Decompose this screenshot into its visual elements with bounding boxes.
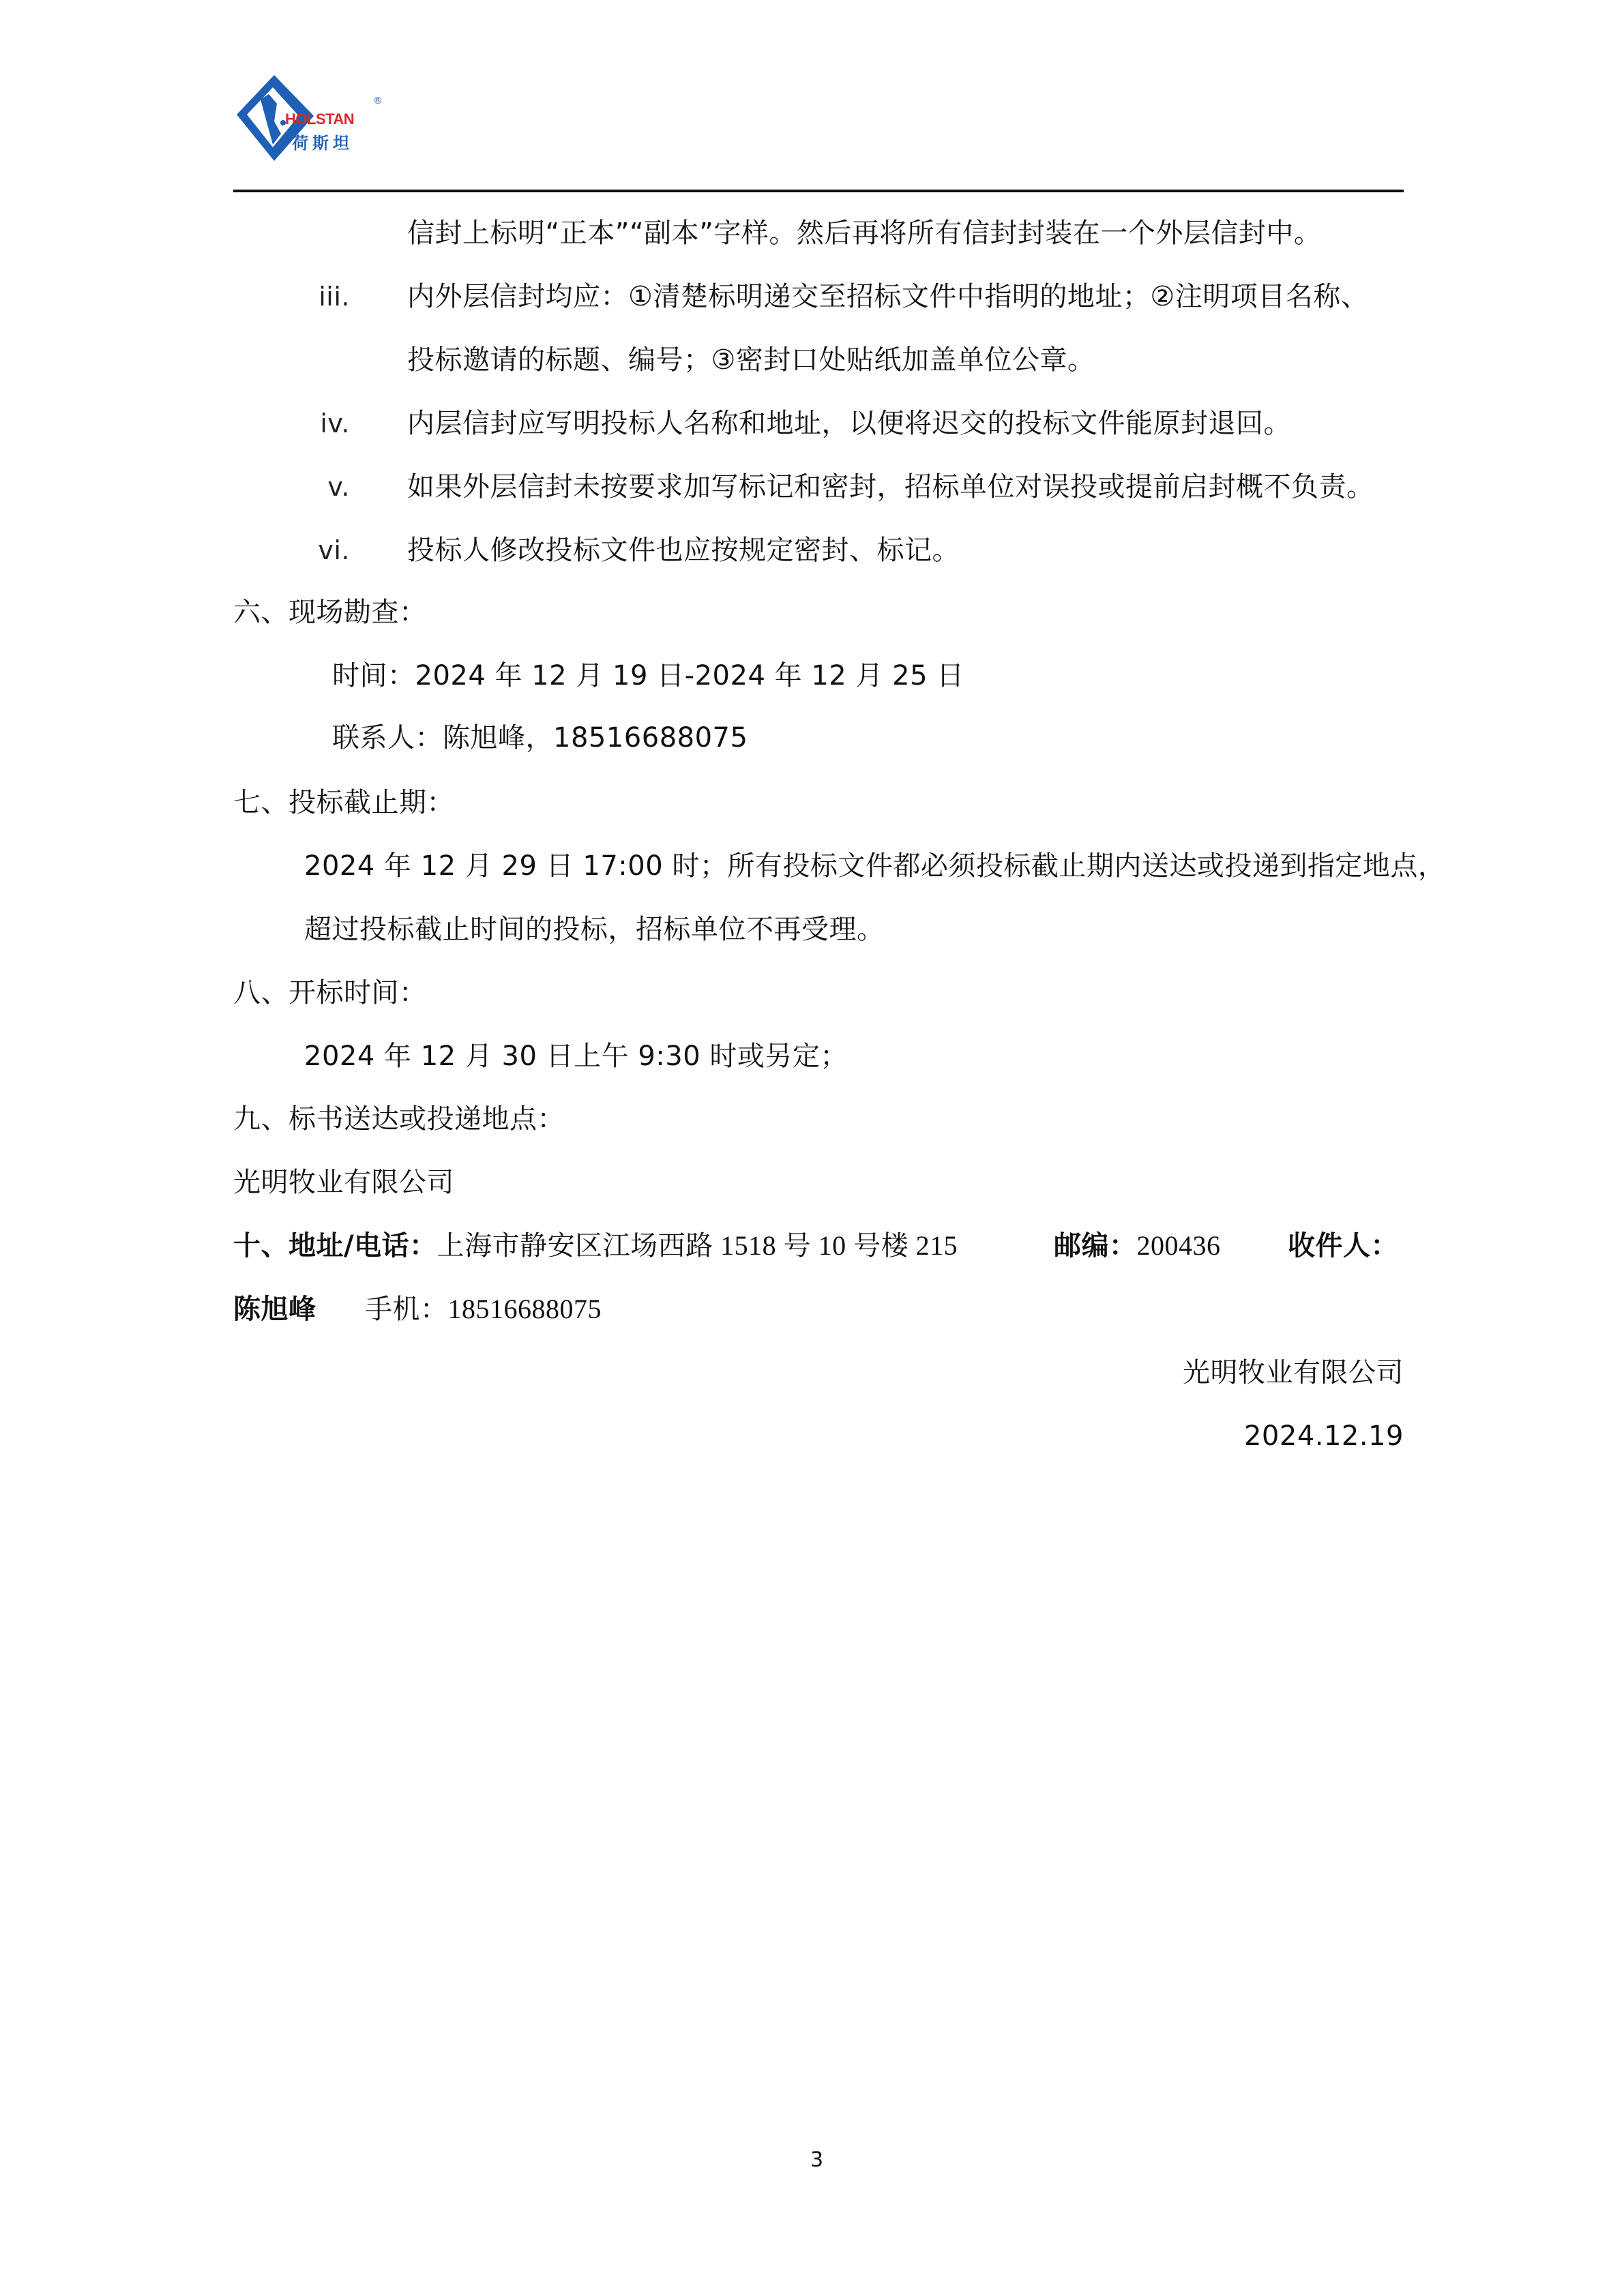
page-number: 3 xyxy=(810,2148,823,2172)
postcode: 邮编：200436 xyxy=(1054,1227,1221,1265)
list-item-iii-line1: 内外层信封均应：①清楚标明递交至招标文件中指明的地址；②注明项目名称、 xyxy=(407,278,1368,316)
logo-brand-en: HOLSTAN xyxy=(285,110,354,128)
site-visit-contact: 联系人：陈旭峰，18516688075 xyxy=(332,719,748,757)
mobile-label: 手机： xyxy=(365,1294,448,1325)
mobile-value: 18516688075 xyxy=(448,1294,602,1324)
site-visit-time: 时间：2024 年 12 月 19 日-2024 年 12 月 25 日 xyxy=(332,657,964,695)
recipient-label: 收件人： xyxy=(1288,1227,1398,1265)
list-numeral-iv: iv. xyxy=(268,404,350,443)
site-visit-contact-value: 陈旭峰，18516688075 xyxy=(443,722,748,754)
site-visit-contact-label: 联系人： xyxy=(332,722,443,754)
mobile: 手机：18516688075 xyxy=(365,1290,602,1328)
list-item-iii-line2: 投标邀请的标题、编号；③密封口处贴纸加盖单位公章。 xyxy=(407,341,1095,379)
section-6-heading: 六、现场勘查： xyxy=(233,593,427,631)
deadline-line2: 超过投标截止时间的投标，招标单位不再受理。 xyxy=(304,910,885,949)
address-value: 上海市静安区江场西路 1518 号 10 号楼 215 xyxy=(437,1230,958,1261)
deadline-line1: 2024 年 12 月 29 日 17:00 时；所有投标文件都必须投标截止期内… xyxy=(304,847,1445,885)
address-label: 十、地址/电话： xyxy=(233,1230,437,1262)
list-item-vi: 投标人修改投标文件也应按规定密封、标记。 xyxy=(407,531,960,569)
logo-brand-cn: 荷斯坦 xyxy=(292,130,353,153)
signature-date: 2024.12.19 xyxy=(1244,1417,1404,1455)
list-numeral-vi: vi. xyxy=(268,531,350,569)
section-10-address-row: 十、地址/电话：上海市静安区江场西路 1518 号 10 号楼 215 xyxy=(233,1227,958,1265)
logo-registered-mark: ® xyxy=(373,95,383,106)
site-visit-time-label: 时间： xyxy=(332,660,415,691)
bid-opening-time: 2024 年 12 月 30 日上午 9:30 时或另定； xyxy=(304,1037,848,1075)
section-7-heading: 七、投标截止期： xyxy=(233,784,454,822)
signature-company: 光明牧业有限公司 xyxy=(1183,1354,1404,1392)
site-visit-time-value: 2024 年 12 月 19 日-2024 年 12 月 25 日 xyxy=(415,660,964,691)
section-8-heading: 八、开标时间： xyxy=(233,974,427,1012)
postcode-label: 邮编： xyxy=(1054,1230,1137,1262)
company-logo: HOLSTAN ® 荷斯坦 xyxy=(233,74,397,162)
list-numeral-iii: iii. xyxy=(268,278,350,316)
continuation-text: 信封上标明“正本”“副本”字样。然后再将所有信封封装在一个外层信封中。 xyxy=(407,214,1321,252)
postcode-value: 200436 xyxy=(1137,1230,1221,1261)
list-numeral-v: v. xyxy=(268,468,350,506)
recipient-name: 陈旭峰 xyxy=(233,1290,316,1328)
list-item-v: 如果外层信封未按要求加写标记和密封，招标单位对误投或提前启封概不负责。 xyxy=(407,468,1374,506)
list-item-iv: 内层信封应写明投标人名称和地址，以便将迟交的投标文件能原封退回。 xyxy=(407,404,1291,443)
header-divider xyxy=(233,190,1404,192)
delivery-company: 光明牧业有限公司 xyxy=(233,1163,454,1202)
section-9-heading: 九、标书送达或投递地点： xyxy=(233,1100,565,1138)
